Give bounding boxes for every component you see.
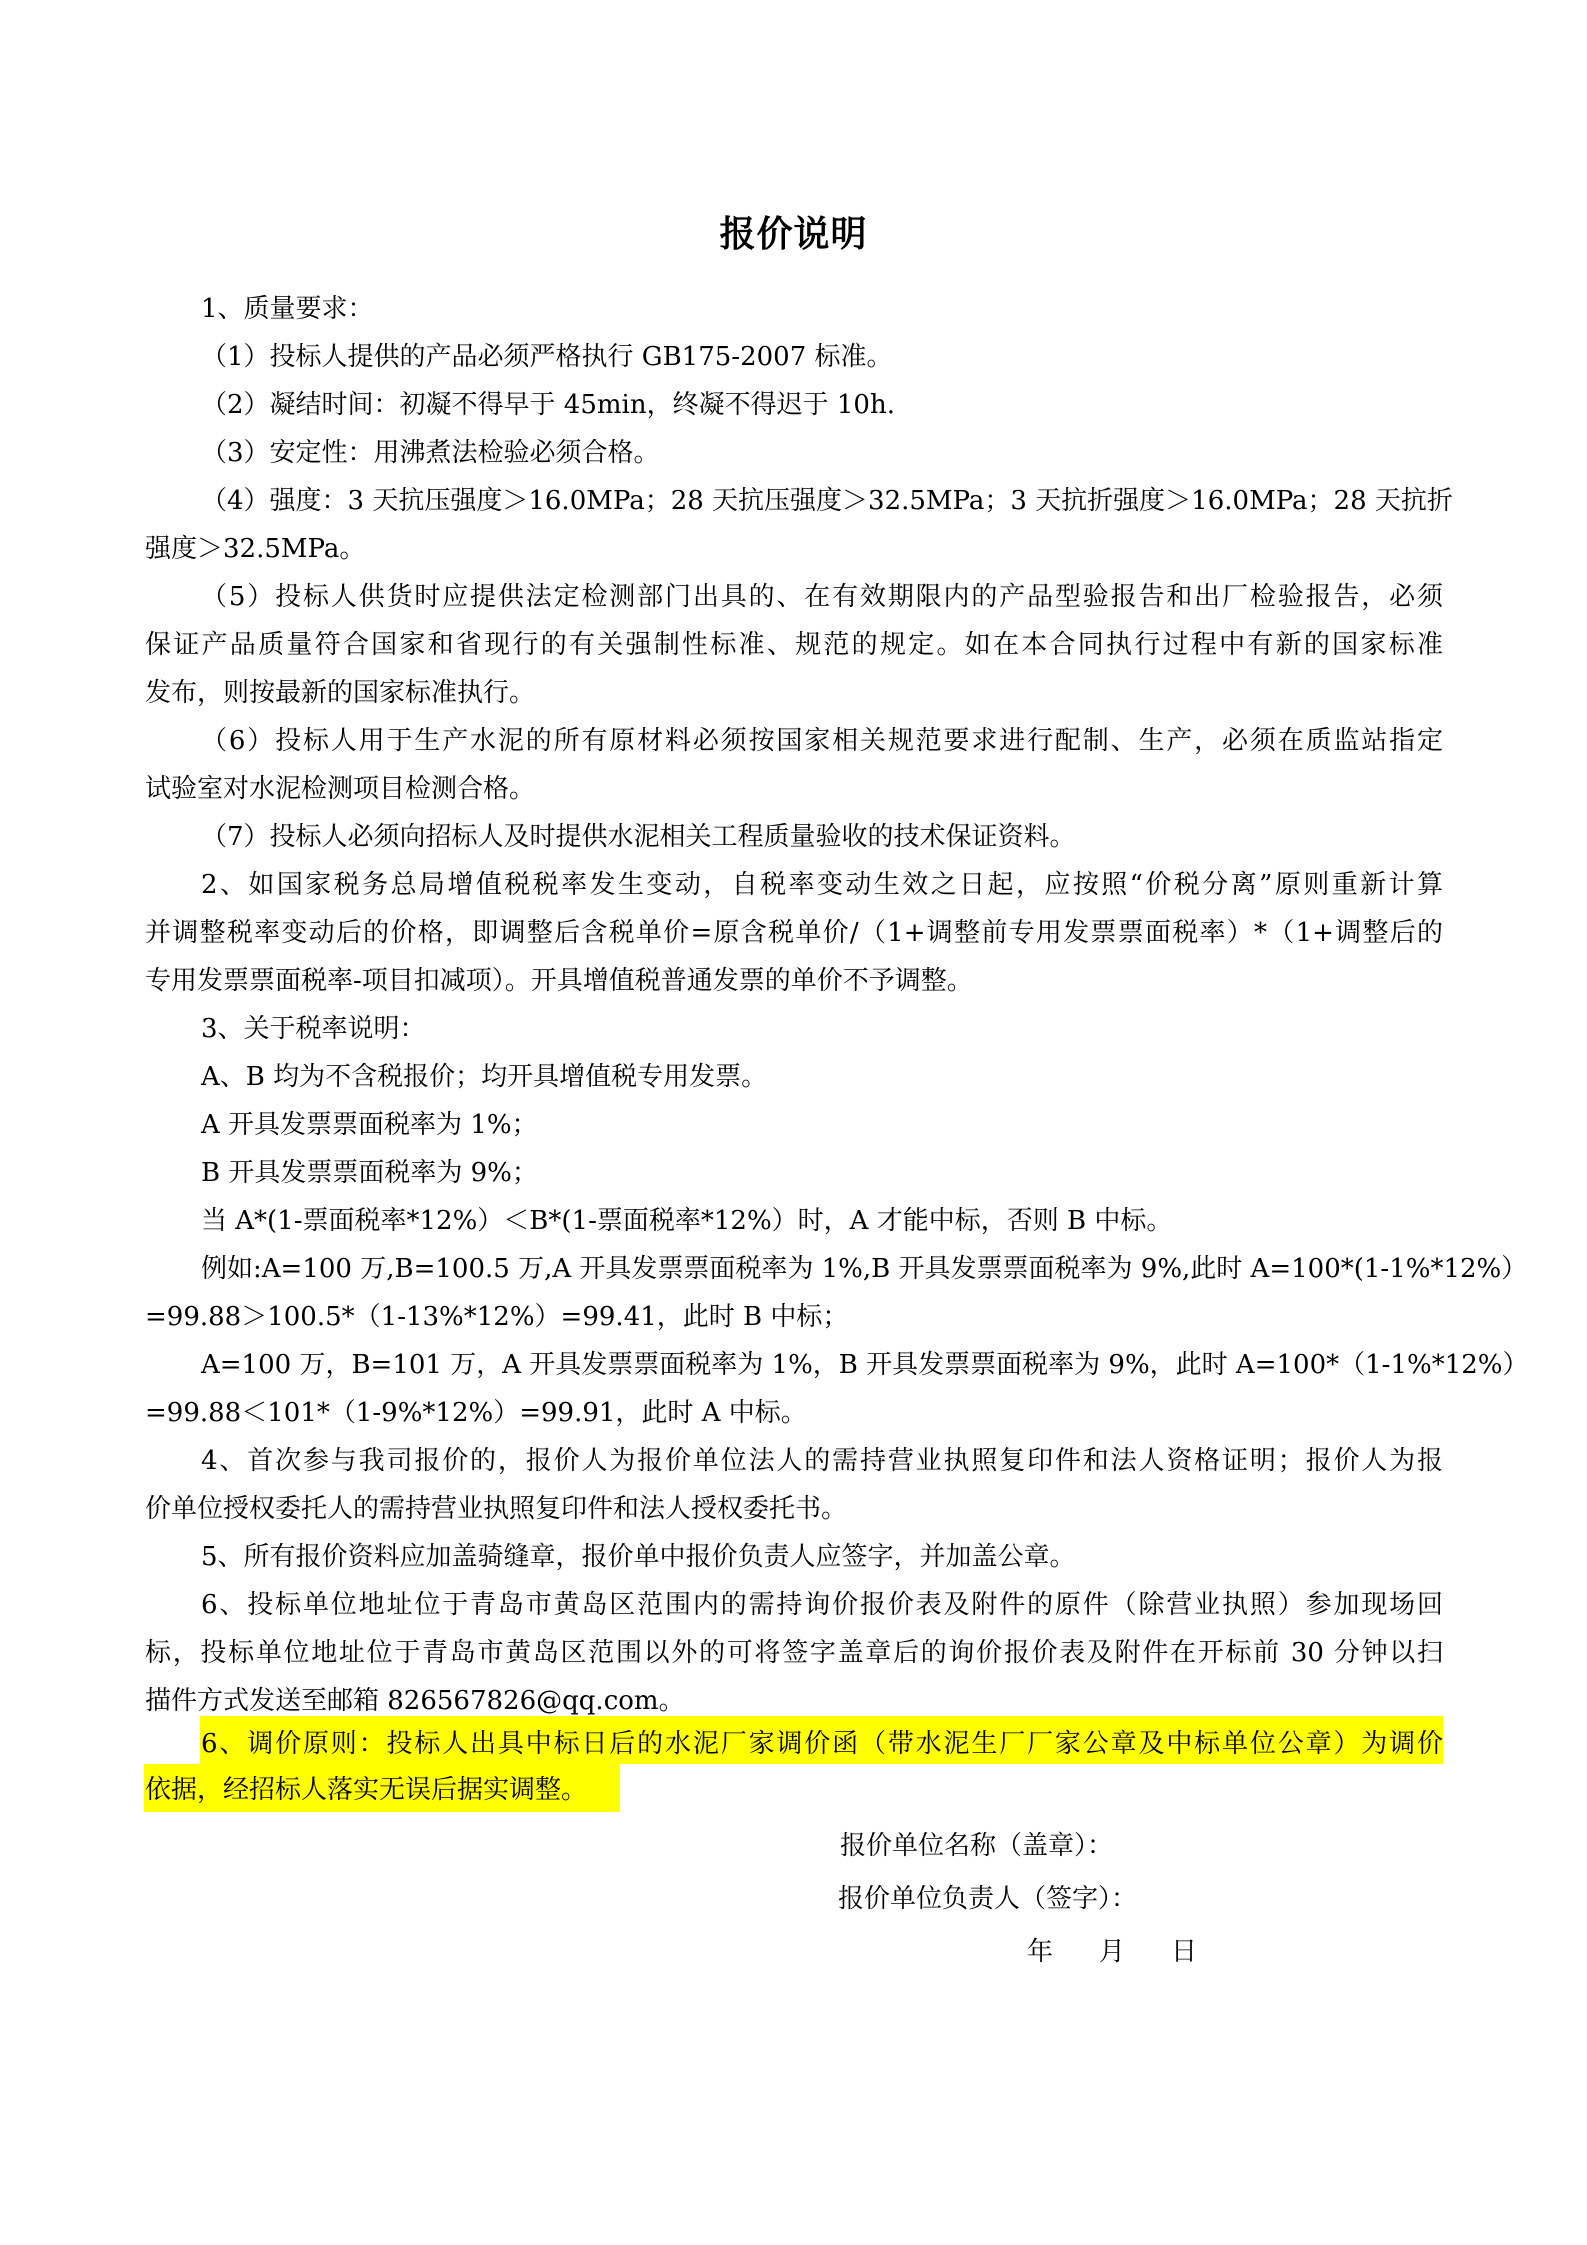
text-line: （3）安定性：用沸煮法检验必须合格。 — [201, 429, 660, 477]
text-line: （7）投标人必须向招标人及时提供水泥相关工程质量验收的技术保证资料。 — [201, 813, 1076, 861]
text-line: 2、如国家税务总局增值税税率发生变动，自税率变动生效之日起，应按照“价税分离”原… — [201, 861, 1443, 909]
text-line: 试验室对水泥检测项目检测合格。 — [145, 765, 535, 813]
text-line: 强度＞32.5MPa。 — [145, 525, 365, 573]
date-month: 月 — [1099, 1928, 1125, 1976]
text-line: 并调整税率变动后的价格，即调整后含税单价=原含税单价/（1+调整前专用发票票面税… — [145, 909, 1443, 957]
text-line: 例如:A=100 万,B=100.5 万,A 开具发票票面税率为 1%,B 开具… — [201, 1245, 1443, 1293]
text-line: A 开具发票票面税率为 1%； — [201, 1101, 538, 1149]
text-line: （6）投标人用于生产水泥的所有原材料必须按国家相关规范要求进行配制、生产，必须在… — [201, 717, 1443, 765]
date-year: 年 — [1027, 1928, 1053, 1976]
text-line: 5、所有报价资料应加盖骑缝章，报价单中报价负责人应签字，并加盖公章。 — [201, 1533, 1076, 1581]
text-line: 价单位授权委托人的需持营业执照复印件和法人授权委托书。 — [145, 1485, 847, 1533]
date-day: 日 — [1171, 1928, 1197, 1976]
text-line: （5）投标人供货时应提供法定检测部门出具的、在有效期限内的产品型验报告和出厂检验… — [201, 573, 1443, 621]
text-line: A、B 均为不含税报价；均开具增值税专用发票。 — [201, 1053, 767, 1101]
text-line: 6、投标单位地址位于青岛市黄岛区范围内的需持询价报价表及附件的原件（除营业执照）… — [201, 1581, 1443, 1629]
text-line: 标，投标单位地址位于青岛市黄岛区范围以外的可将签字盖章后的询价报价表及附件在开标… — [145, 1629, 1443, 1677]
text-line: 发布，则按最新的国家标准执行。 — [145, 669, 535, 717]
page-title: 报价说明 — [0, 210, 1587, 258]
text-line: 1、质量要求： — [201, 285, 374, 333]
text-line: 保证产品质量符合国家和省现行的有关强制性标准、规范的规定。如在本合同执行过程中有… — [145, 621, 1443, 669]
highlighted-clause-line-2: 依据，经招标人落实无误后据实调整。 — [145, 1766, 587, 1814]
responsible-person-signature-label: 报价单位负责人（签字）： — [838, 1875, 1137, 1923]
text-line: =99.88＜101*（1-9%*12%）=99.91，此时 A 中标。 — [145, 1389, 807, 1437]
text-line: 3、关于税率说明： — [201, 1005, 426, 1053]
text-line: 专用发票票面税率-项目扣减项）。开具增值税普通发票的单价不予调整。 — [145, 957, 973, 1005]
text-line: B 开具发票票面税率为 9%； — [201, 1149, 538, 1197]
text-line: =99.88＞100.5*（1-13%*12%）=99.41，此时 B 中标； — [145, 1293, 848, 1341]
text-line: （4）强度：3 天抗压强度＞16.0MPa；28 天抗压强度＞32.5MPa；3… — [201, 477, 1443, 525]
text-line: 4、首次参与我司报价的，报价人为报价单位法人的需持营业执照复印件和法人资格证明；… — [201, 1437, 1443, 1485]
highlighted-clause-line-1: 6、调价原则：投标人出具中标日后的水泥厂家调价函（带水泥生厂厂家公章及中标单位公… — [201, 1720, 1443, 1768]
text-line: 当 A*(1-票面税率*12%）＜B*(1-票面税率*12%）时，A 才能中标，… — [201, 1197, 1172, 1245]
text-line: （2）凝结时间：初凝不得早于 45min，终凝不得迟于 10h. — [201, 381, 895, 429]
text-line: （1）投标人提供的产品必须严格执行 GB175-2007 标准。 — [201, 333, 893, 381]
text-line: A=100 万，B=101 万，A 开具发票票面税率为 1%，B 开具发票票面税… — [201, 1341, 1443, 1389]
company-name-stamp-label: 报价单位名称（盖章）： — [840, 1822, 1113, 1870]
